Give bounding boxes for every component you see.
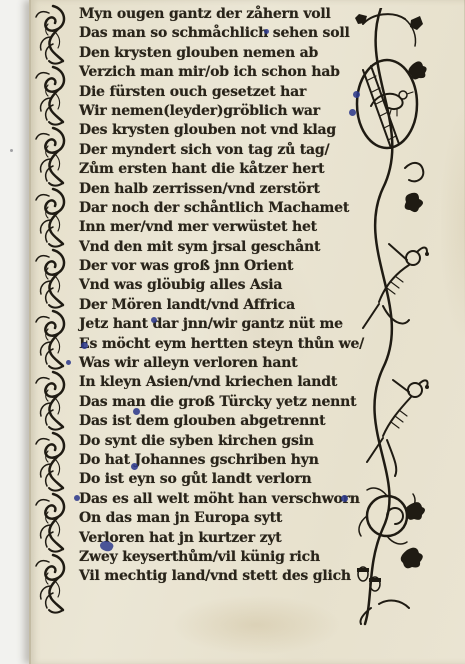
poem-line: Vnd den mit sym jrsal geschånt — [79, 238, 357, 257]
poem-line: Das ist dem glouben abgetrennt — [79, 412, 357, 431]
ink-spot — [264, 29, 269, 34]
poem-line: Das es all welt möht han verschworn — [79, 490, 357, 509]
poem-line: Der Mören landt/vnd Affrica — [79, 296, 357, 315]
book-page-scan: Myn ougen gantz der zåhern voll Das man … — [0, 0, 465, 664]
right-ornament-border — [351, 8, 429, 626]
poem-line: Was wir alleyn verloren hant — [79, 354, 357, 373]
dust-speck — [10, 149, 13, 152]
poem-line: Es möcht eym hertten steyn thůn we/ — [79, 335, 357, 354]
ink-spot — [66, 360, 71, 365]
poem-line: Do ist eyn so gůt landt verlorn — [79, 470, 357, 489]
poem-text-block: Myn ougen gantz der zåhern voll Das man … — [79, 5, 357, 587]
ink-spot — [133, 408, 140, 415]
poem-line: Do hat Johannes gschriben hyn — [79, 451, 357, 470]
poem-line: On das man jn Europa sytt — [79, 509, 357, 528]
poem-line: Wir nemen(leyder)gröblich war — [79, 102, 357, 121]
ink-spot — [74, 495, 80, 501]
poem-line: Das man so schmåchlich sehen soll — [79, 24, 357, 43]
ink-spot — [349, 109, 356, 116]
poem-line: Inn mer/vnd mer verwüstet het — [79, 218, 357, 237]
poem-line: Dar noch der schåntlich Machamet — [79, 199, 357, 218]
poem-line: Den halb zerrissen/vnd zerstört — [79, 180, 357, 199]
ink-spot — [151, 317, 157, 323]
poem-line: Verloren hat jn kurtzer zyt — [79, 529, 357, 548]
poem-line: Vil mechtig land/vnd stett des glich — [79, 567, 357, 586]
poem-line: Zwey keyserthům/vil künig rich — [79, 548, 357, 567]
paper-stain — [441, 110, 465, 340]
poem-line: Do synt die syben kirchen gsin — [79, 432, 357, 451]
poem-line: Der vor was groß jnn Orient — [79, 257, 357, 276]
poem-line: Den krysten glouben nemen ab — [79, 44, 357, 63]
poem-line: Zům ersten hant die kåtzer hert — [79, 160, 357, 179]
poem-line: Verzich man mir/ob ich schon hab — [79, 63, 357, 82]
poem-line: In kleyn Asien/vnd kriechen landt — [79, 373, 357, 392]
paper-stain — [171, 595, 341, 655]
left-ornament-border — [34, 4, 70, 618]
ink-spot — [81, 342, 88, 349]
poem-line: Vnd was glöubig alles Asia — [79, 276, 357, 295]
poem-line: Das man die groß Türcky yetz nennt — [79, 393, 357, 412]
poem-line: Myn ougen gantz der zåhern voll — [79, 5, 357, 24]
poem-line: Der myndert sich von tag zů tag/ — [79, 141, 357, 160]
poem-line: Die fürsten ouch gesetzet har — [79, 83, 357, 102]
ink-spot — [341, 495, 348, 502]
ink-spot — [131, 463, 138, 470]
ink-spot — [353, 91, 360, 98]
poem-line: Des krysten glouben not vnd klag — [79, 121, 357, 140]
poem-line: Jetz hant dar jnn/wir gantz nüt me — [79, 315, 357, 334]
